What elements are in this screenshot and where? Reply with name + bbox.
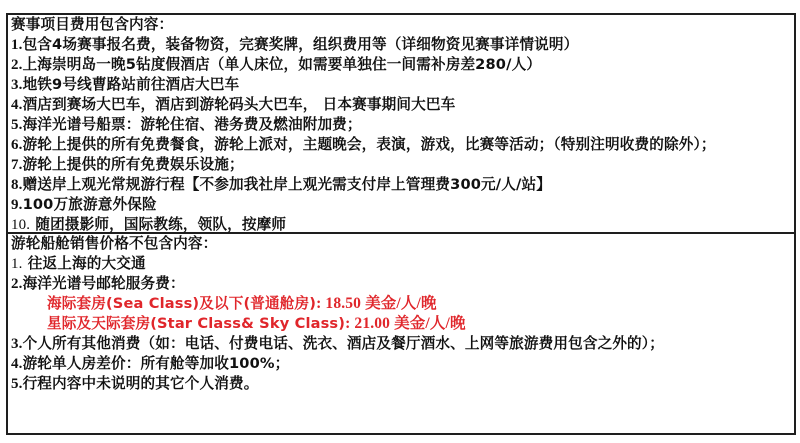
included-item-9: 9.100万旅游意外保险 (11, 195, 794, 215)
item-number: 9. (11, 197, 23, 213)
item-number: 4. (11, 97, 23, 113)
item-text: 游轮单人房差价：所有舱等加收100%； (23, 355, 290, 372)
fees-included-section: 赛事项目费用包含内容： 1.包含4场赛事报名费，装备物资，完赛奖牌，组织费用等（… (8, 15, 794, 234)
cabin-class-label: 海际套房(Sea Class)及以下(普通舱房) (47, 295, 316, 312)
excluded-item-4: 4.游轮单人房差价：所有舱等加收100%； (11, 354, 794, 374)
included-item-6: 6.游轮上提供的所有免费餐食，游轮上派对，主题晚会，表演，游戏，比赛等活动；（特… (11, 135, 794, 155)
item-number: 6. (11, 137, 23, 153)
item-number: 3. (11, 336, 23, 352)
fee-table: 赛事项目费用包含内容： 1.包含4场赛事报名费，装备物资，完赛奖牌，组织费用等（… (6, 13, 796, 435)
item-text: 游轮上提供的所有免费餐食，游轮上派对，主题晚会，表演，游戏，比赛等活动；（特别注… (23, 136, 716, 153)
item-number: 1. (11, 37, 23, 53)
excluded-heading: 游轮船舱销售价格不包含内容： (11, 234, 794, 254)
item-text: 海洋光谱号邮轮服务费： (23, 275, 185, 292)
item-text: 酒店到赛场大巴车，酒店到游轮码头大巴车， 日本赛事期间大巴车 (23, 96, 456, 113)
included-heading: 赛事项目费用包含内容： (11, 15, 794, 35)
item-number: 5. (11, 376, 23, 392)
item-number: 5. (11, 117, 23, 133)
item-text: 随团摄影师，国际教练，领队，按摩师 (30, 216, 286, 233)
fees-excluded-section: 游轮船舱销售价格不包含内容： 1. 往返上海的大交通 2.海洋光谱号邮轮服务费：… (8, 234, 794, 431)
item-text: 赠送岸上观光常规游行程【不参加我社岸上观光需支付岸上管理费300元/人/站】 (23, 176, 551, 193)
item-text: 上海崇明岛一晚5钻度假酒店（单人床位，如需要单独住一间需补房差280/人） (23, 56, 542, 73)
item-text: 地铁9号线曹路站前往酒店大巴车 (23, 76, 240, 93)
item-number: 10. (11, 217, 30, 233)
item-text: 个人所有其他消费（如：电话、付费电话、洗衣、酒店及餐厅酒水、上网等旅游费用包含之… (23, 335, 664, 352)
included-item-7: 7.游轮上提供的所有免费娱乐设施； (11, 155, 794, 175)
item-text: 游轮上提供的所有免费娱乐设施； (23, 156, 244, 173)
item-text: 包含4场赛事报名费，装备物资，完赛奖牌，组织费用等（详细物资见赛事详情说明） (23, 36, 579, 53)
included-item-10: 10. 随团摄影师，国际教练，领队，按摩师 (11, 215, 794, 235)
service-fee-sea-class: 海际套房(Sea Class)及以下(普通舱房): 18.50 美金/人/晚 (11, 294, 794, 314)
included-item-2: 2.上海崇明岛一晚5钻度假酒店（单人床位，如需要单独住一间需补房差280/人） (11, 55, 794, 75)
excluded-item-1: 1. 往返上海的大交通 (11, 254, 794, 274)
item-number: 8. (11, 177, 23, 193)
service-fee-star-sky-class: 星际及天际套房(Star Class& Sky Class): 21.00 美金… (11, 314, 794, 334)
excluded-item-3: 3.个人所有其他消费（如：电话、付费电话、洗衣、酒店及餐厅酒水、上网等旅游费用包… (11, 334, 794, 354)
item-number: 4. (11, 356, 23, 372)
item-text: 海洋光谱号船票：游轮住宿、港务费及燃油附加费； (23, 116, 362, 133)
included-item-3: 3.地铁9号线曹路站前往酒店大巴车 (11, 75, 794, 95)
included-item-1: 1.包含4场赛事报名费，装备物资，完赛奖牌，组织费用等（详细物资见赛事详情说明） (11, 35, 794, 55)
included-item-8: 8.赠送岸上观光常规游行程【不参加我社岸上观光需支付岸上管理费300元/人/站】 (11, 175, 794, 195)
service-fee-price: : 18.50 美金/人/晚 (316, 295, 437, 312)
item-number: 7. (11, 157, 23, 173)
item-number: 2. (11, 276, 23, 292)
cabin-class-label: 星际及天际套房(Star Class& Sky Class) (47, 315, 345, 332)
item-number: 2. (11, 57, 23, 73)
service-fee-price: : 21.00 美金/人/晚 (345, 315, 466, 332)
excluded-item-2: 2.海洋光谱号邮轮服务费： (11, 274, 794, 294)
included-item-4: 4.酒店到赛场大巴车，酒店到游轮码头大巴车， 日本赛事期间大巴车 (11, 95, 794, 115)
included-item-5: 5.海洋光谱号船票：游轮住宿、港务费及燃油附加费； (11, 115, 794, 135)
item-number: 1. (11, 256, 23, 272)
item-number: 3. (11, 77, 23, 93)
excluded-item-5: 5.行程内容中未说明的其它个人消费。 (11, 374, 794, 394)
item-text: 往返上海的大交通 (23, 255, 146, 272)
item-text: 100万旅游意外保险 (23, 196, 157, 213)
item-text: 行程内容中未说明的其它个人消费。 (23, 375, 259, 392)
